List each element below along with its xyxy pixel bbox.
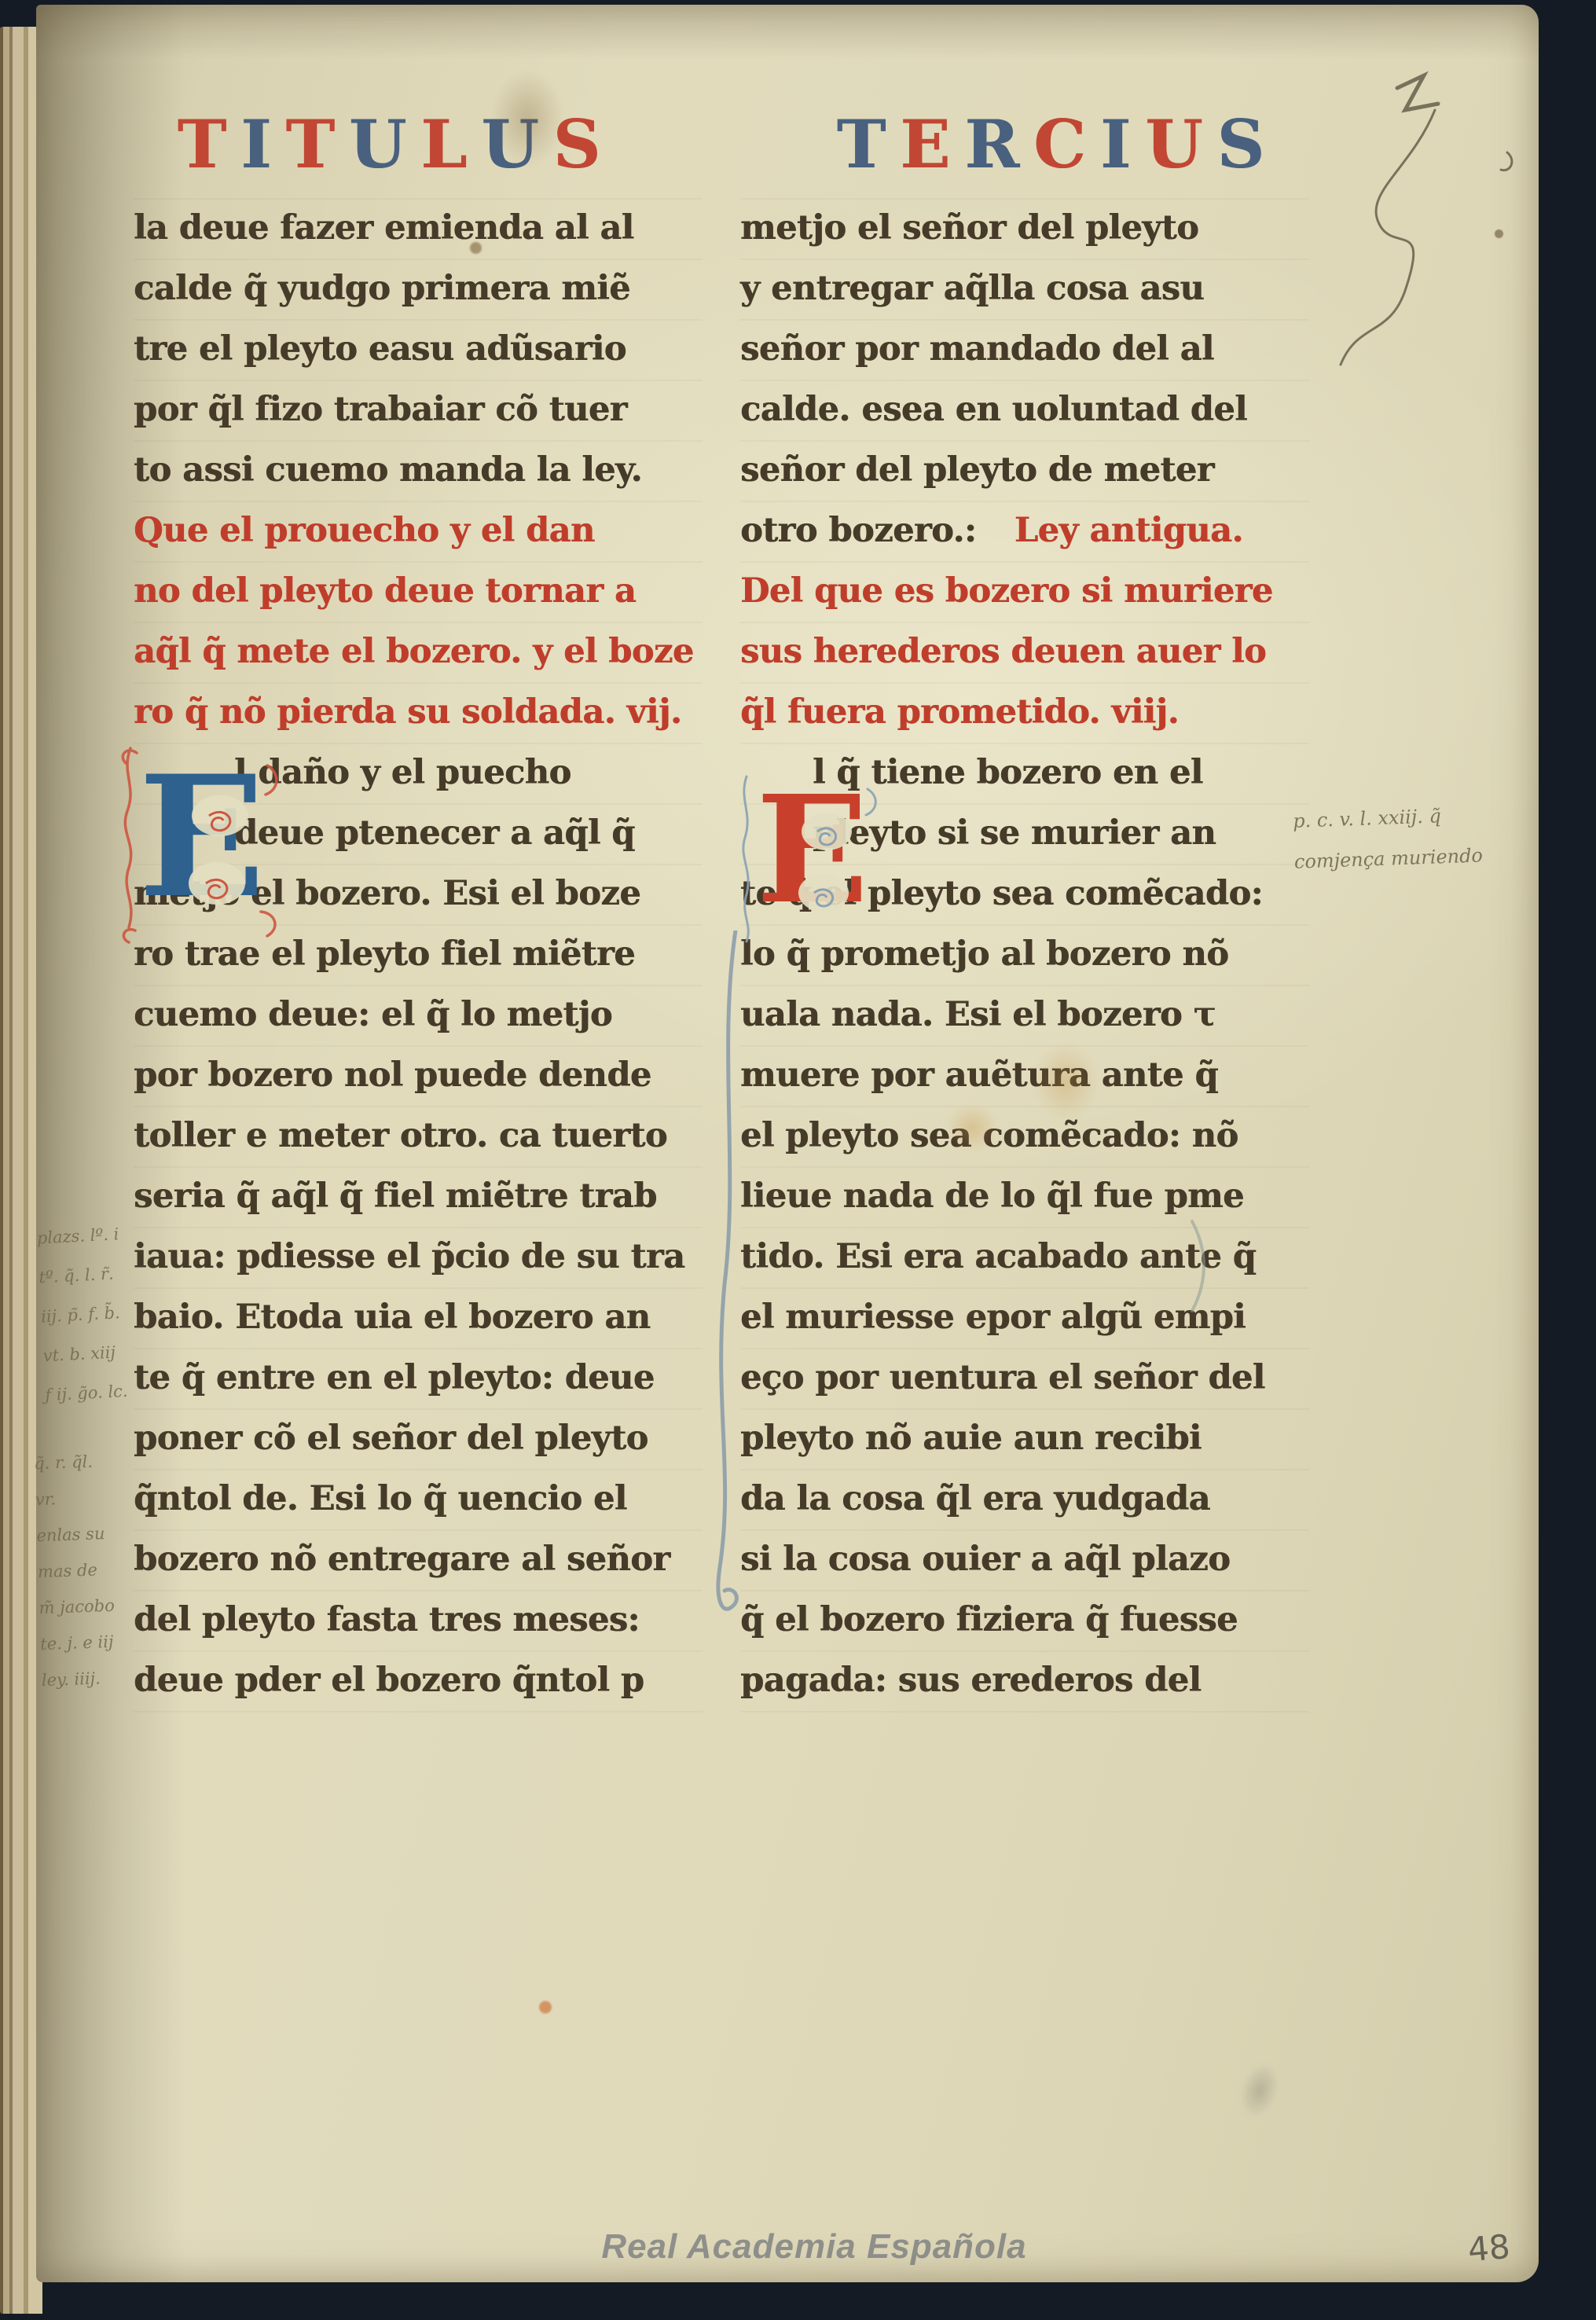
text-line: tº. q̃. l. r̃.	[38, 1251, 173, 1298]
text-line: seria q̃ aq̃l q̃ fiel miẽtre trab	[134, 1166, 703, 1227]
decorated-capital-letter: R	[964, 105, 1033, 183]
decorated-capital-letter: U	[349, 105, 420, 183]
initial-filigree-tail	[695, 931, 758, 1630]
decorated-capital-letter: S	[1217, 105, 1279, 183]
parchment-page: TITULUS TERCIUS la deue fazer emienda al…	[36, 5, 1539, 2282]
decorated-capital-letter: T	[837, 105, 901, 183]
right-paragraph-1: metjo el señor del pleytoy entregar aq̃l…	[740, 198, 1337, 501]
text-line: iaua: pdiesse el p̃cio de su tra	[134, 1227, 703, 1287]
text-line: no del pleyto deue tornar a	[134, 561, 703, 622]
text-line: plazs. lº. i	[36, 1212, 171, 1258]
text-line: q̃ntol de. Esi lo q̃ uencio el	[134, 1469, 703, 1529]
pen-scribble-marks	[1309, 61, 1561, 391]
text-line: bozero nõ entregare al señor	[134, 1529, 703, 1590]
orange-dot	[539, 2001, 552, 2013]
right-text-column: metjo el señor del pleytoy entregar aq̃l…	[740, 198, 1337, 1711]
text-line: deue pder el bozero q̃ntol p	[134, 1650, 703, 1711]
right-rubric: Del que es bozero si murieresus heredero…	[740, 561, 1337, 743]
text-line: el pleyto sea comẽcado: nõ	[740, 1106, 1337, 1166]
text-line: ley. iiij.	[41, 1657, 183, 1698]
text-line: tre el pleyto easu adũsario	[134, 319, 703, 380]
margin-note-right: p. c. v. l. xxiij. q̃comjença muriendo	[1292, 790, 1596, 883]
text-line: del pleyto fasta tres meses:	[134, 1590, 703, 1650]
decorated-capital-letter: E	[900, 105, 964, 183]
text-line: uala nada. Esi el bozero τ	[740, 985, 1337, 1045]
text-line: metjo el señor del pleyto	[740, 198, 1337, 259]
text-line: ro q̃ nõ pierda su soldada. vij.	[134, 682, 703, 743]
decorated-capital-letter: I	[240, 105, 285, 183]
text-line: poner cõ el señor del pleyto	[134, 1408, 703, 1469]
manuscript-photo: TITULUS TERCIUS la deue fazer emienda al…	[0, 0, 1596, 2320]
decorated-capital-letter: T	[178, 105, 241, 183]
decorated-capital-letter: U	[481, 105, 552, 183]
text-line: Del que es bozero si muriere	[740, 561, 1337, 622]
text-line: to assi cuemo manda la ley.	[134, 440, 703, 501]
text-line: lieue nada de lo q̃l fue pme	[740, 1166, 1337, 1227]
text-line: te q̃ entre en el pleyto: deue	[134, 1348, 703, 1408]
mixed-line-black-text: otro bozero.:	[740, 511, 976, 550]
initial-counter-spirals	[112, 743, 288, 948]
text-line: toller e meter otro. ca tuerto	[134, 1106, 703, 1166]
text-line: calde. esea en uoluntad del	[740, 380, 1337, 440]
margin-bracket-mark	[1187, 1220, 1219, 1314]
running-title-word-right: TERCIUS	[743, 101, 1372, 187]
text-line: señor del pleyto de meter	[740, 440, 1337, 501]
top-edge-shadow	[36, 5, 1539, 60]
illuminated-initial-left: E	[112, 743, 288, 948]
text-line: por bozero nol puede dende	[134, 1045, 703, 1106]
margin-note-left-upper: plazs. lº. itº. q̃. l. r̃.iij. p̃. f. b̃…	[36, 1212, 180, 1415]
decorated-capital-letter: T	[286, 105, 350, 183]
text-line: iij. p̃. f. b̃.	[40, 1290, 175, 1337]
text-line: mas de	[37, 1549, 179, 1590]
text-line: y entregar aq̃lla cosa asu	[740, 259, 1337, 319]
decorated-capital-letter: S	[553, 105, 615, 183]
text-line: calde q̃ yudgo primera miẽ	[134, 259, 703, 319]
text-line: tido. Esi era acabado ante q̃	[740, 1227, 1337, 1287]
text-line: señor por mandado del al	[740, 319, 1337, 380]
text-line: la deue fazer emienda al al	[134, 198, 703, 259]
left-paragraph-1: la deue fazer emienda al alcalde q̃ yudg…	[134, 198, 703, 501]
text-line: el muriesse epor algũ empi	[740, 1287, 1337, 1348]
margin-note-left-lower: q̃. r. q̃l.vr.enlas sumas dem̃ jacobote.…	[33, 1441, 183, 1698]
text-line: aq̃l q̃ mete el bozero. y el boze	[134, 622, 703, 682]
text-line: pagada: sus erederos del	[740, 1650, 1337, 1711]
text-line: baio. Etoda uia el bozero an	[134, 1287, 703, 1348]
right-mixed-line: otro bozero.: Ley antigua.	[740, 501, 1337, 561]
text-line: q̃l fuera prometido. viij.	[740, 682, 1337, 743]
left-text-column: la deue fazer emienda al alcalde q̃ yudg…	[134, 198, 703, 1711]
text-line: vr.	[35, 1477, 177, 1518]
text-line: q̃ el bozero fiziera q̃ fuesse	[740, 1590, 1337, 1650]
text-line: da la cosa q̃l era yudgada	[740, 1469, 1337, 1529]
decorated-capital-letter: U	[1145, 105, 1216, 183]
text-line: muere por auẽtura ante q̃	[740, 1045, 1337, 1106]
folio-number: 48	[1466, 2227, 1512, 2269]
illuminated-initial-right: E	[732, 769, 882, 945]
left-paragraph-2: metjo el bozero. Esi el bozero trae el p…	[134, 864, 703, 1711]
text-line: sus herederos deuen auer lo	[740, 622, 1337, 682]
text-line: eço por uentura el señor del	[740, 1348, 1337, 1408]
text-line: enlas su	[36, 1513, 178, 1554]
pencil-smudge	[1225, 2047, 1295, 2134]
text-line: por q̃l fizo trabaiar cõ tuer	[134, 380, 703, 440]
decorated-capital-letter: I	[1100, 105, 1145, 183]
library-watermark: Real Academia Española	[539, 2227, 1089, 2267]
mixed-line-red-text: Ley antigua.	[1014, 511, 1243, 550]
text-line: m̃ jacobo	[39, 1585, 181, 1626]
decorated-capital-letter: L	[420, 105, 481, 183]
text-line: pleyto nõ auie aun recibi	[740, 1408, 1337, 1469]
initial-counter-spirals	[732, 769, 882, 945]
text-line: cuemo deue: el q̃ lo metjo	[134, 985, 703, 1045]
decorated-capital-letter: C	[1033, 105, 1100, 183]
text-line: vt. b. xiij	[42, 1330, 177, 1376]
running-title-word-left: TITULUS	[105, 101, 687, 187]
text-line: Que el prouecho y el dan	[134, 501, 703, 561]
text-line: te. j. e iij	[39, 1621, 182, 1662]
text-line: q̃. r. q̃l.	[33, 1441, 175, 1481]
right-paragraph-2: te q̃ el pleyto sea comẽcado:lo q̃ prome…	[740, 864, 1337, 1711]
left-rubric: Que el prouecho y el danno del pleyto de…	[134, 501, 703, 743]
text-line: si la cosa ouier a aq̃l plazo	[740, 1529, 1337, 1590]
text-line: ƒ ij. g̃o. lc.	[44, 1368, 179, 1415]
